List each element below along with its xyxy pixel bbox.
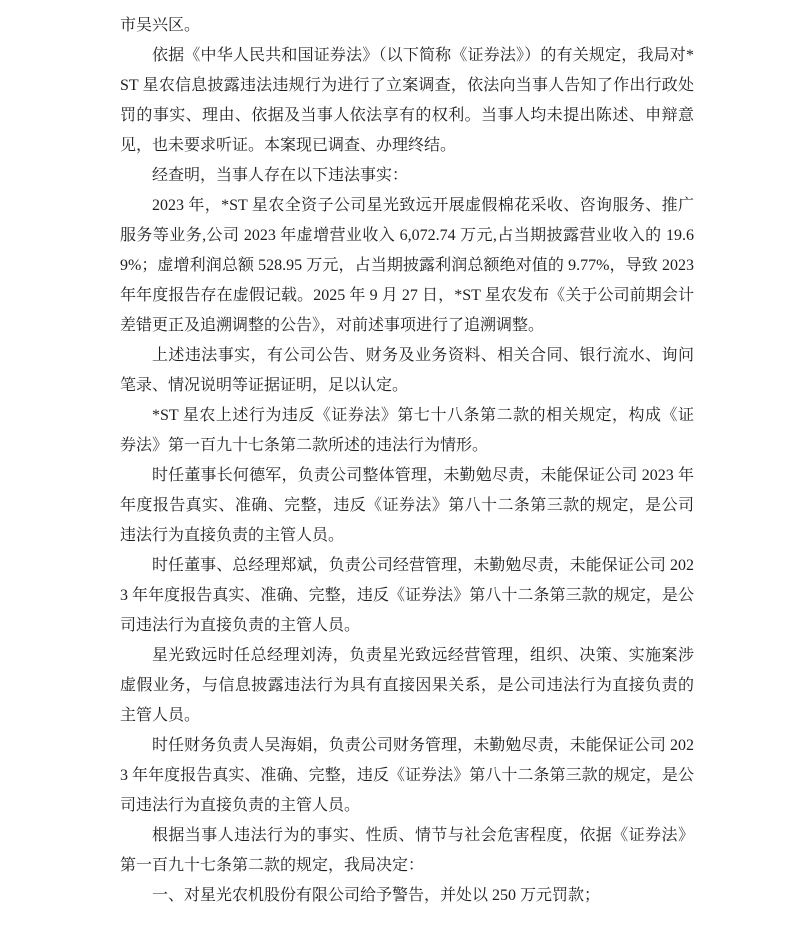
document-page: 市吴兴区。 依据《中华人民共和国证券法》（以下简称《证券法》）的有关规定，我局对… — [0, 0, 791, 949]
paragraph-case-basis: 依据《中华人民共和国证券法》（以下简称《证券法》）的有关规定，我局对*ST 星农… — [120, 41, 694, 161]
paragraph-decision-item-1: 一、对星光农机股份有限公司给予警告，并处以 250 万元罚款； — [120, 881, 694, 911]
paragraph-responsible-chairman: 时任董事长何德军，负责公司整体管理，未勤勉尽责，未能保证公司 2023 年年度报… — [120, 461, 694, 551]
paragraph-evidence: 上述违法事实，有公司公告、财务及业务资料、相关合同、银行流水、询问笔录、情况说明… — [120, 341, 694, 401]
paragraph-decision-intro: 根据当事人违法行为的事实、性质、情节与社会危害程度，依据《证券法》第一百九十七条… — [120, 821, 694, 881]
paragraph-legal-qualification: *ST 星农上述行为违反《证券法》第七十八条第二款的相关规定，构成《证券法》第一… — [120, 401, 694, 461]
paragraph-violation-facts: 2023 年，*ST 星农全资子公司星光致远开展虚假棉花采收、咨询服务、推广服务… — [120, 191, 694, 341]
paragraph-responsible-subsidiary-manager: 星光致远时任总经理刘涛，负责星光致远经营管理，组织、决策、实施案涉虚假业务，与信… — [120, 641, 694, 731]
paragraph-facts-intro: 经查明，当事人存在以下违法事实： — [120, 161, 694, 191]
paragraph-continuation: 市吴兴区。 — [120, 11, 694, 41]
paragraph-responsible-cfo: 时任财务负责人吴海娟，负责公司财务管理，未勤勉尽责，未能保证公司 2023 年年… — [120, 731, 694, 821]
paragraph-responsible-general-manager: 时任董事、总经理郑斌，负责公司经营管理，未勤勉尽责，未能保证公司 2023 年年… — [120, 551, 694, 641]
